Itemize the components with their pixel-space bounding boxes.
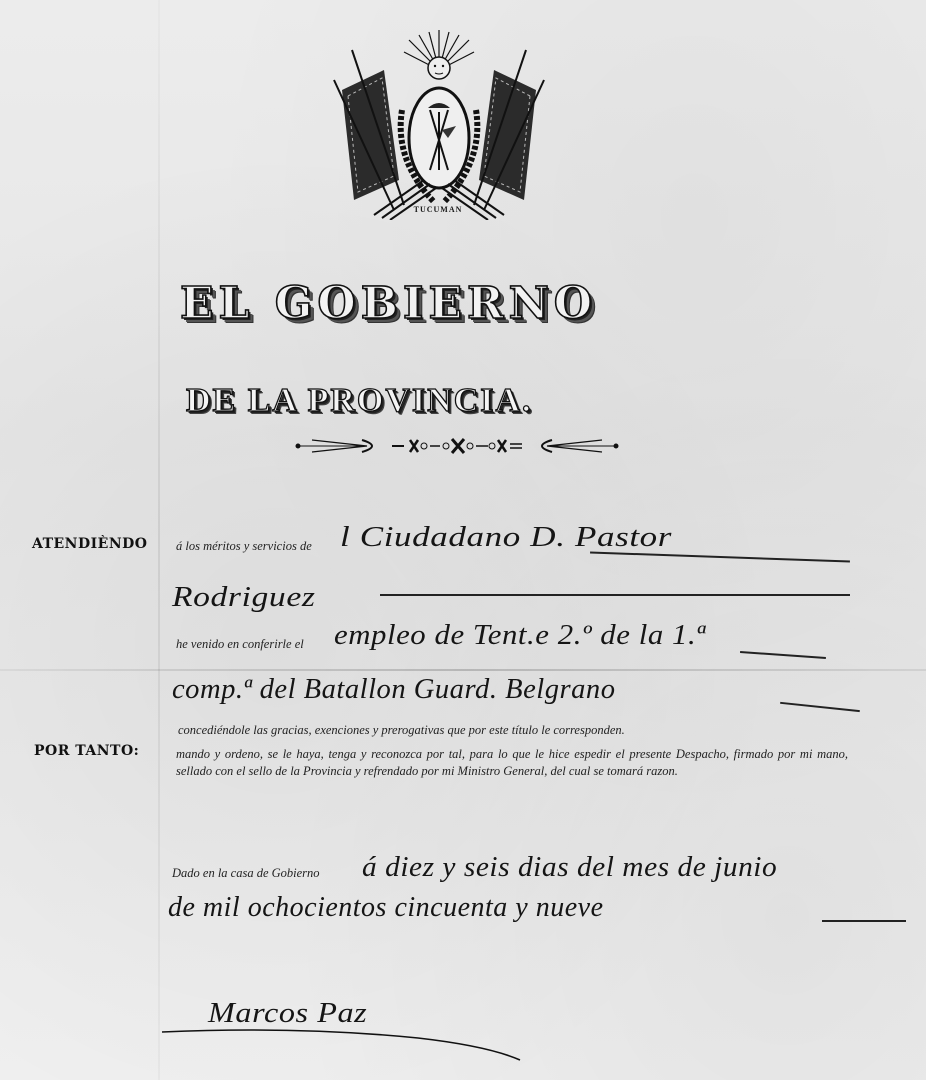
handwritten-fecha-1: á diez y seis dias del mes de junio: [362, 852, 777, 884]
signature-flourish-icon: [158, 1020, 538, 1070]
heading-de-la-provincia: DE LA PROVINCIA.: [186, 384, 686, 418]
handwritten-ciudadano: l Ciudadano D. Pastor: [340, 522, 672, 554]
ornamental-divider-icon: [292, 434, 622, 458]
printed-conferirle: he venido en conferirle el: [176, 637, 304, 652]
crest-caption: TUCUMAN: [398, 205, 478, 214]
fill-line-5: [822, 920, 906, 922]
printed-meritos: á los méritos y servicios de: [176, 539, 312, 554]
printed-dado: Dado en la casa de Gobierno: [172, 866, 320, 881]
label-por-tanto: POR TANTO:: [34, 743, 139, 759]
heading-el-gobierno: EL GOBIERNO: [180, 282, 700, 326]
label-atendiendo: ATENDIÈNDO: [32, 536, 147, 552]
printed-por-tanto-text: mando y ordeno, se le haya, tenga y reco…: [176, 746, 848, 780]
fill-line-2: [380, 594, 850, 596]
coat-of-arms-icon: [324, 30, 554, 220]
handwritten-empleo: empleo de Tent.e 2.º de la 1.ª: [334, 620, 705, 652]
handwritten-fecha-2: de mil ochocientos cincuenta y nueve: [168, 892, 604, 924]
handwritten-compania: comp.ª del Batallon Guard. Belgrano: [172, 674, 616, 706]
paper-fold-horizontal: [0, 669, 926, 671]
paper-fold-vertical: [158, 0, 160, 1080]
handwritten-rodriguez: Rodriguez: [172, 582, 316, 614]
printed-gracias: concediéndole las gracias, exenciones y …: [178, 723, 625, 738]
